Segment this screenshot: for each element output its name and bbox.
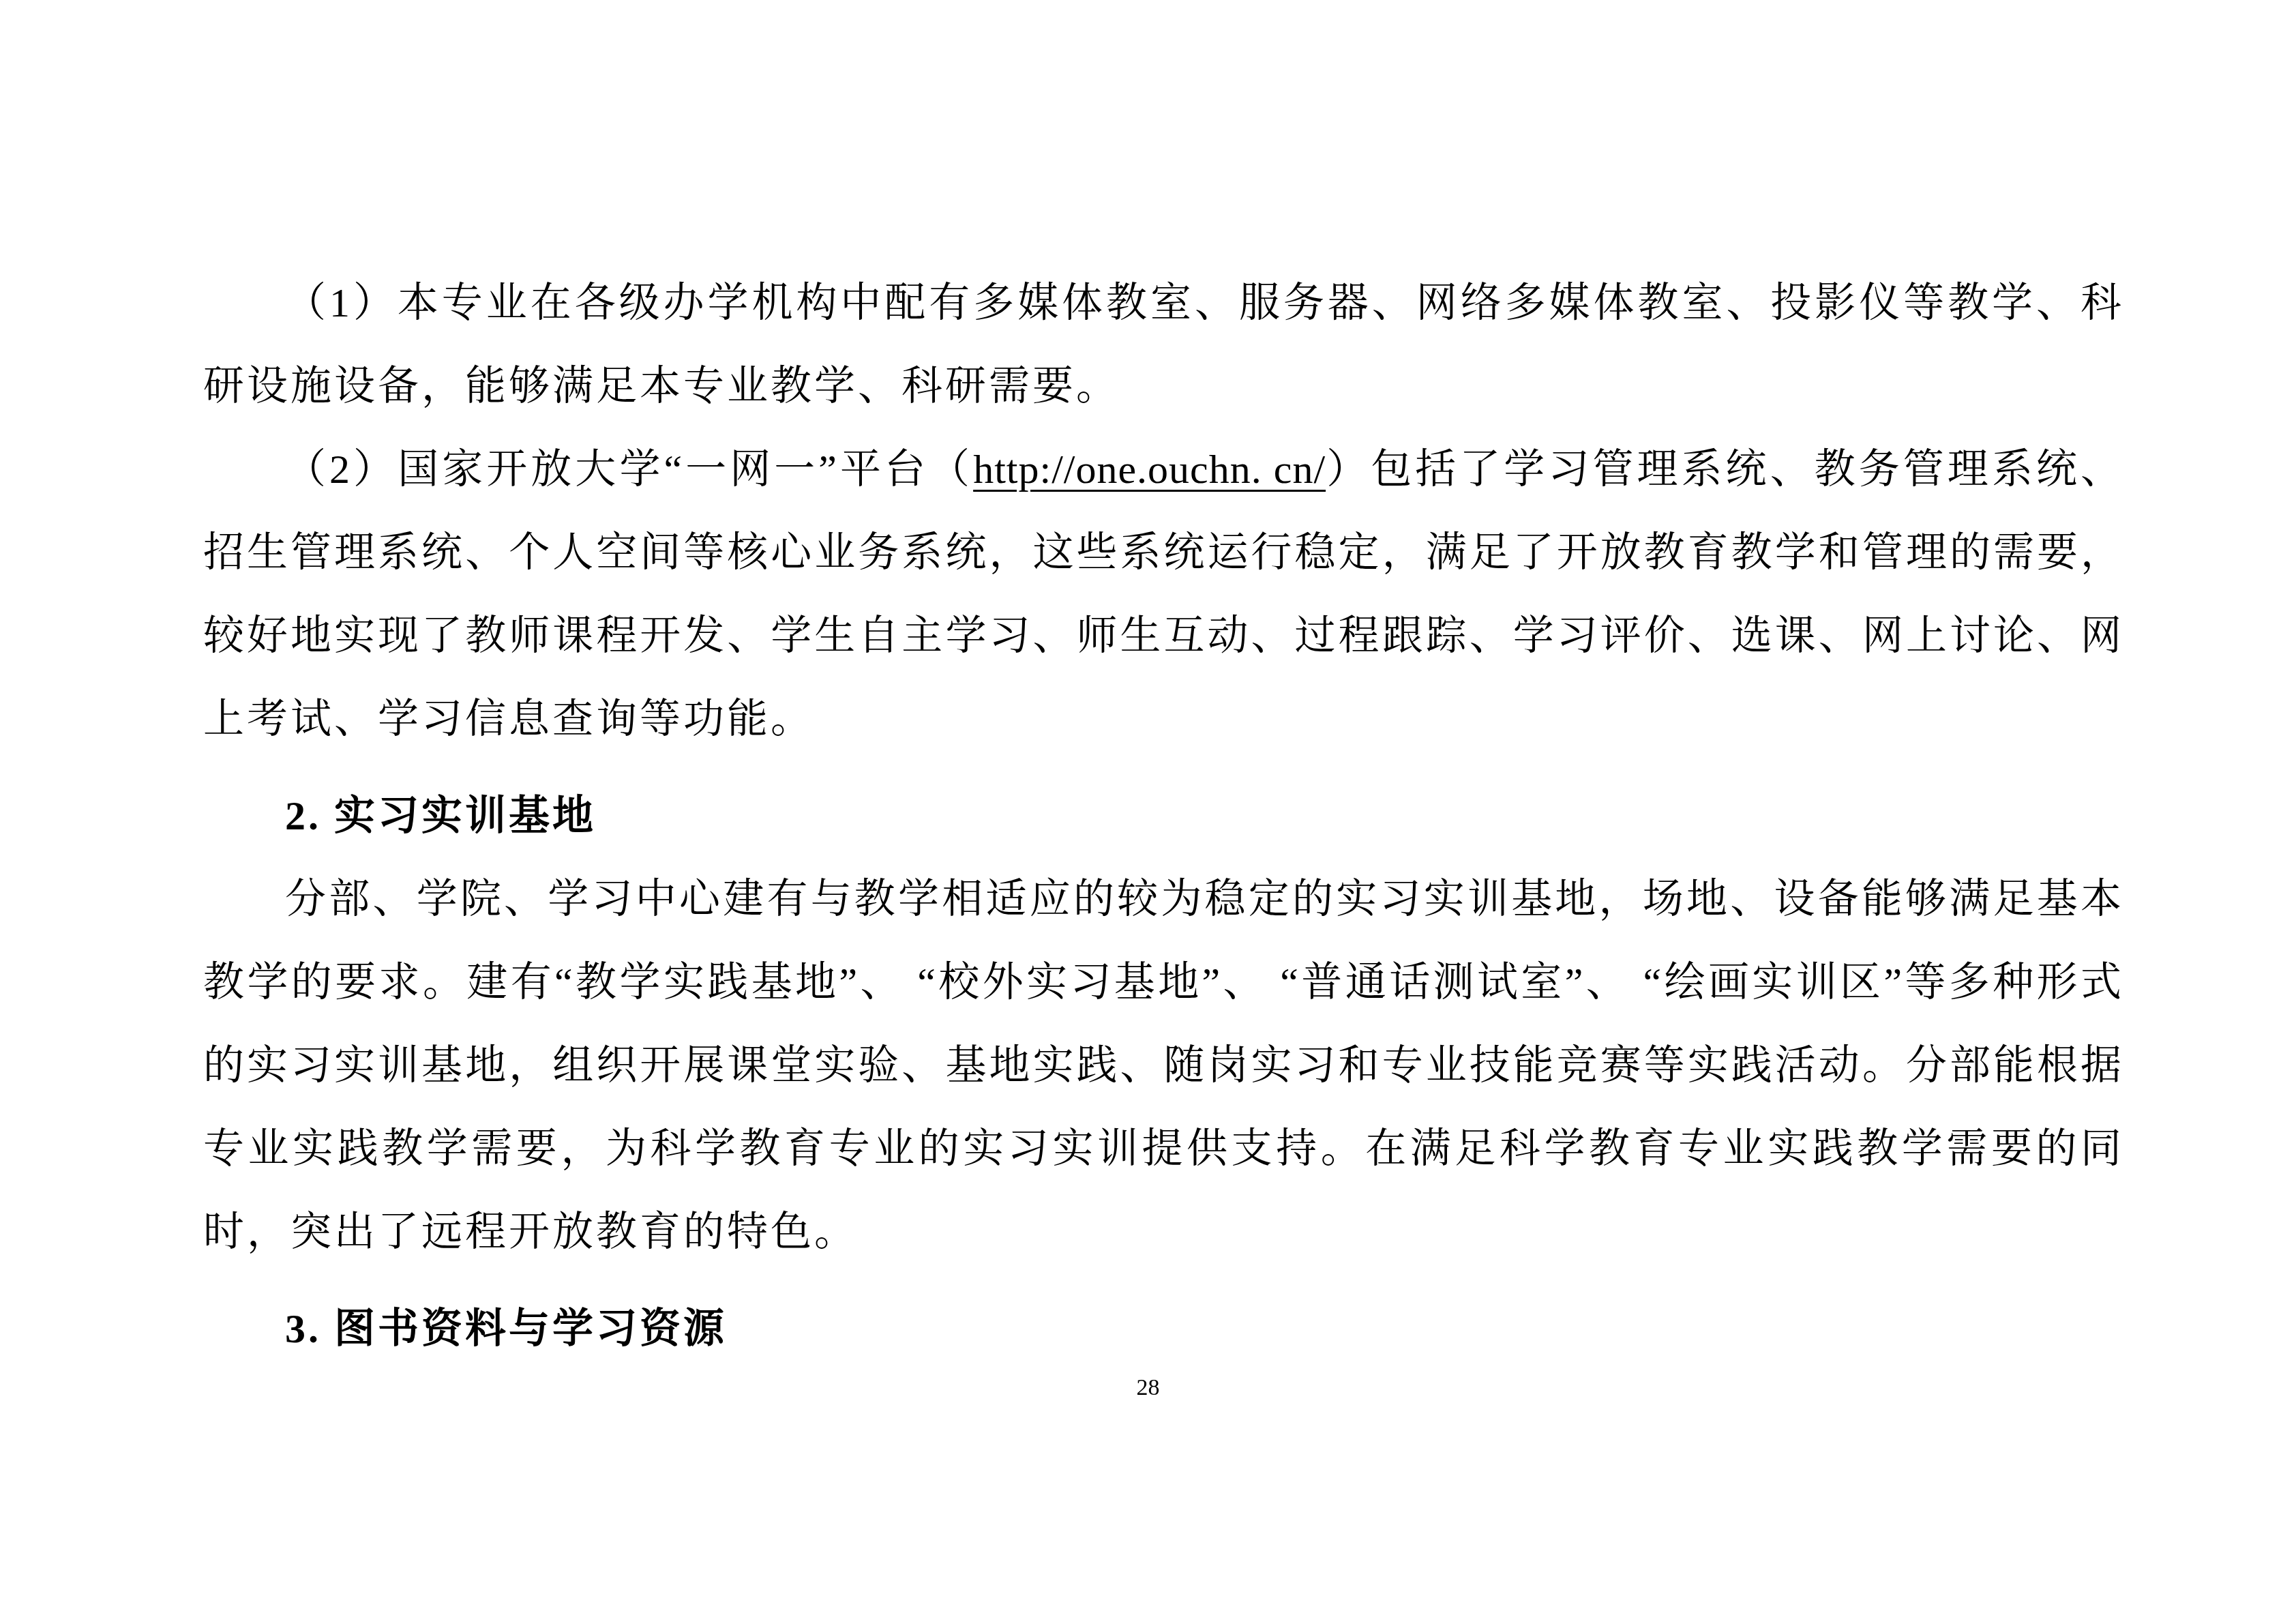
page-number: 28 xyxy=(0,1375,2296,1401)
paragraph-training-base: 分部、学院、学习中心建有与教学相适应的较为稳定的实习实训基地，场地、设备能够满足… xyxy=(203,857,2124,1273)
heading-practice-training-base: 2. 实习实训基地 xyxy=(203,774,2124,857)
heading-library-resources: 3. 图书资料与学习资源 xyxy=(203,1287,2124,1370)
paragraph-platform-text-before: （2）国家开放大学“一网一”平台（ xyxy=(285,447,973,492)
platform-url-link[interactable]: http://one.ouchn. cn/ xyxy=(973,447,1326,492)
document-body: （1）本专业在各级办学机构中配有多媒体教室、服务器、网络多媒体教室、投影仪等教学… xyxy=(203,261,2124,1370)
paragraph-platform: （2）国家开放大学“一网一”平台（http://one.ouchn. cn/）包… xyxy=(203,428,2124,761)
document-page: （1）本专业在各级办学机构中配有多媒体教室、服务器、网络多媒体教室、投影仪等教学… xyxy=(0,0,2296,1624)
paragraph-facilities: （1）本专业在各级办学机构中配有多媒体教室、服务器、网络多媒体教室、投影仪等教学… xyxy=(203,261,2124,428)
